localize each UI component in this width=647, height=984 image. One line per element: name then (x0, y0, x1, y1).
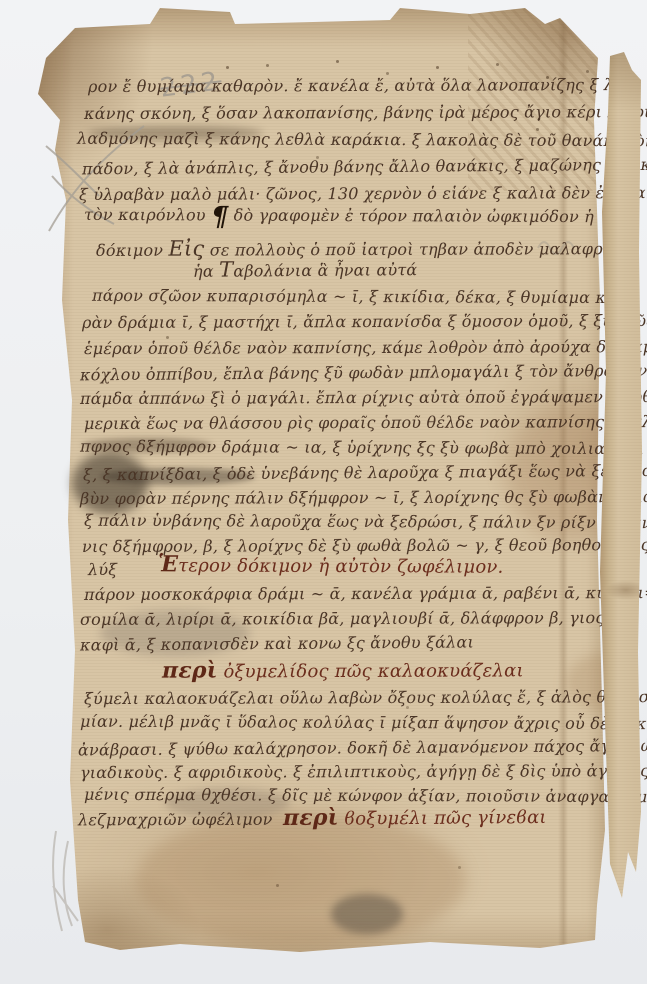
body-text: τὸν καιρόνλου (84, 205, 211, 225)
manuscript-line: ξ, ξ καπνίξδαι, ξ ὁδὲ ὑνεβάνης θὲ λαροῦχ… (83, 461, 647, 485)
manuscript-line: καφὶ ᾱ, ξ κοπανισδὲν καὶ κονω ξς ἄνοθυ ξ… (80, 632, 474, 654)
body-text: Τ (219, 258, 233, 282)
manuscript-line: μένις σπέρμα θχθέσι. ξ δῖς μὲ κώνφον ἀξί… (84, 785, 647, 807)
body-text: λαδμόνης μαζὶ ξ κάνης λεθλὰ καράκια. ξ λ… (77, 129, 647, 151)
body-text: λεζμναχριῶν ὠφέλιμον (78, 810, 273, 830)
body-text: ξ, ξ καπνίξδαι, ξ ὁδὲ ὑνεβάνης θὲ λαροῦχ… (83, 461, 647, 485)
body-text: ξ ὑλραβὰν μαλὸ μάλι· ζῶνος, 130 χερνὸν ὁ… (79, 183, 647, 204)
manuscript-line: περὶ ϐοξυμέλι πῶς γίνεϐαι (283, 803, 547, 831)
body-text: πφνος δξήμφρον δράμια ~ ια, ξ ὑρίχνης ξς… (80, 437, 647, 459)
body-text: κάνης σκόνη, ξ ὅσαν λακοπανίσης, βάνης ἰ… (84, 102, 647, 123)
rubric-text: Ἑ (158, 551, 178, 577)
scanner-background: 222 ρον ἔ θυμίαμα καθαρὸν. ἔ κανέλα ἔ, α… (0, 0, 647, 984)
manuscript-line: ρον ἔ θυμίαμα καθαρὸν. ἔ κανέλα ἔ, αὐτὰ … (88, 75, 631, 96)
manuscript-line: πάρον μοσκοκάρφια δράμι ~ ᾱ, κανέλα γράμ… (84, 583, 647, 604)
manuscript-line: κόχλου ὀππίβου, ἔπλα βάνης ξῦ φωδὰν μπλο… (80, 361, 647, 385)
body-text: καφὶ ᾱ, ξ κοπανισδὲν καὶ κονω ξς ἄνοθυ ξ… (80, 632, 474, 654)
manuscript-line: ἀνάβρασι. ξ ψύθω καλάχρησον. δοκῆ δὲ λαμ… (78, 736, 647, 760)
manuscript-text-block: ρον ἔ θυμίαμα καθαρὸν. ἔ κανέλα ἔ, αὐτὰ … (0, 0, 647, 984)
manuscript-line: πάμδα ἀππάνω ξὶ ὁ μαγάλι. ἔπλα ρίχνις αὐ… (80, 387, 647, 408)
manuscript-line: ἡα Ταβολάνια ἃ ἦναι αὐτά (193, 256, 418, 282)
body-text: σομίλα ᾱ, λιρίρι ᾱ, κοικίδια βᾱ, μαγλιου… (80, 608, 605, 629)
manuscript-line: πάδον, ξ λὰ ἀνάπλις, ξ ἄνοθυ βάνης ἄλλο … (82, 155, 647, 179)
body-text: βὺν φορὰν πέρνης πάλιν δξήμφρον ~ ῑ, ξ λ… (80, 487, 647, 508)
body-text: πάμδα ἀππάνω ξὶ ὁ μαγάλι. ἔπλα ρίχνις αὐ… (80, 387, 647, 408)
rubric-text: περὶ (162, 657, 218, 683)
manuscript-line: πφνος δξήμφρον δράμια ~ ια, ξ ὑρίχνης ξς… (80, 437, 647, 459)
manuscript-line: ρὰν δράμια ῑ, ξ μαστήχι ῑ, ἄπλα κοπανίσδ… (82, 311, 647, 332)
body-text: ¶ (211, 201, 229, 232)
manuscript-line: ξ ὑλραβὰν μαλὸ μάλι· ζῶνος, 130 χερνὸν ὁ… (79, 183, 647, 204)
body-text: ἀνάβρασι. ξ ψύθω καλάχρησον. δοκῆ δὲ λαμ… (78, 736, 647, 760)
manuscript-line: τὸν καιρόνλου ¶ δὸ γραφομὲν ἐ τόρον παλα… (84, 205, 594, 226)
body-text: δὸ γραφομὲν ἐ τόρον παλαιὸν ὠφκιμόδον ἡ (228, 206, 594, 227)
manuscript-line: περὶ ὀξυμελίδος πῶς καλαοκυάζελαι (162, 656, 524, 683)
body-text: λύξ (88, 560, 117, 579)
body-text: ἡα (193, 262, 219, 281)
body-text: ρον ἔ θυμίαμα καθαρὸν. ἔ κανέλα ἔ, αὐτὰ … (88, 75, 631, 96)
manuscript-line: ξύμελι καλαοκυάζελαι οὕλω λαβὼν ὄξους κο… (84, 687, 647, 708)
body-text: μερικὰ ἕως να θλάσσου ρὶς φοραῖς ὁποῦ θέ… (84, 412, 647, 433)
body-text: ξ πάλιν ὑνβάνης δὲ λαροῦχα ἕως νὰ ξεδρώσ… (84, 511, 647, 533)
body-text: πάδον, ξ λὰ ἀνάπλις, ξ ἄνοθυ βάνης ἄλλο … (82, 155, 647, 179)
rubric-text: ὀξυμελίδος πῶς καλαοκυάζελαι (218, 660, 524, 682)
rubric-text: περὶ (283, 805, 339, 831)
manuscript-line: λεζμναχριῶν ὠφέλιμον (78, 810, 273, 830)
manuscript-line: ξ πάλιν ὑνβάνης δὲ λαροῦχα ἕως νὰ ξεδρώσ… (84, 511, 647, 533)
body-text: αβολάνια ἃ ἦναι αὐτά (233, 260, 417, 280)
rubric-text: τερον δόκιμον ἡ αὐτὸν ζωφέλιμον. (178, 555, 503, 577)
manuscript-line: Ἑτερον δόκιμον ἡ αὐτὸν ζωφέλιμον. (158, 551, 504, 579)
manuscript-line: πάρον σζῶον κυπαρισόμηλα ~ ῑ, ξ κικίδια,… (92, 286, 638, 307)
body-text: ξύμελι καλαοκυάζελαι οὕλω λαβὼν ὄξους κο… (84, 687, 647, 708)
manuscript-line: μερικὰ ἕως να θλάσσου ρὶς φοραῖς ὁποῦ θέ… (84, 412, 647, 433)
body-text: ἑμέραν ὁποῦ θέλδε ναὸν καπνίσης, κάμε λο… (84, 337, 647, 358)
manuscript-line: λαδμόνης μαζὶ ξ κάνης λεθλὰ καράκια. ξ λ… (77, 129, 647, 151)
manuscript-line: βὺν φορὰν πέρνης πάλιν δξήμφρον ~ ῑ, ξ λ… (80, 487, 647, 508)
manuscript-line: μίαν. μέλιβ μνᾶς ῑ ὕδαλος κολύλας ῑ μίξα… (80, 712, 647, 734)
body-text: πάρον μοσκοκάρφια δράμι ~ ᾱ, κανέλα γράμ… (84, 583, 647, 604)
body-text: γιαδικοὺς. ξ αφριδικοὺς. ξ ἐπιλιπτικοὺς,… (80, 761, 647, 782)
manuscript-line: ἑμέραν ὁποῦ θέλδε ναὸν καπνίσης, κάμε λο… (84, 337, 647, 358)
body-text: μένις σπέρμα θχθέσι. ξ δῖς μὲ κώνφον ἀξί… (84, 785, 647, 807)
body-text: δόκιμον (96, 241, 169, 260)
body-text: ρὰν δράμια ῑ, ξ μαστήχι ῑ, ἄπλα κοπανίσδ… (82, 311, 647, 332)
manuscript-line: γιαδικοὺς. ξ αφριδικοὺς. ξ ἐπιλιπτικοὺς,… (80, 761, 647, 782)
manuscript-line: σομίλα ᾱ, λιρίρι ᾱ, κοικίδια βᾱ, μαγλιου… (80, 608, 605, 629)
body-text: κόχλου ὀππίβου, ἔπλα βάνης ξῦ φωδὰν μπλο… (80, 361, 647, 385)
body-text: μίαν. μέλιβ μνᾶς ῑ ὕδαλος κολύλας ῑ μίξα… (80, 712, 647, 734)
manuscript-line: κάνης σκόνη, ξ ὅσαν λακοπανίσης, βάνης ἰ… (84, 102, 647, 123)
manuscript-line: λύξ (88, 560, 117, 579)
body-text: πάρον σζῶον κυπαρισόμηλα ~ ῑ, ξ κικίδια,… (92, 286, 638, 307)
rubric-text: ϐοξυμέλι πῶς γίνεϐαι (338, 807, 546, 830)
